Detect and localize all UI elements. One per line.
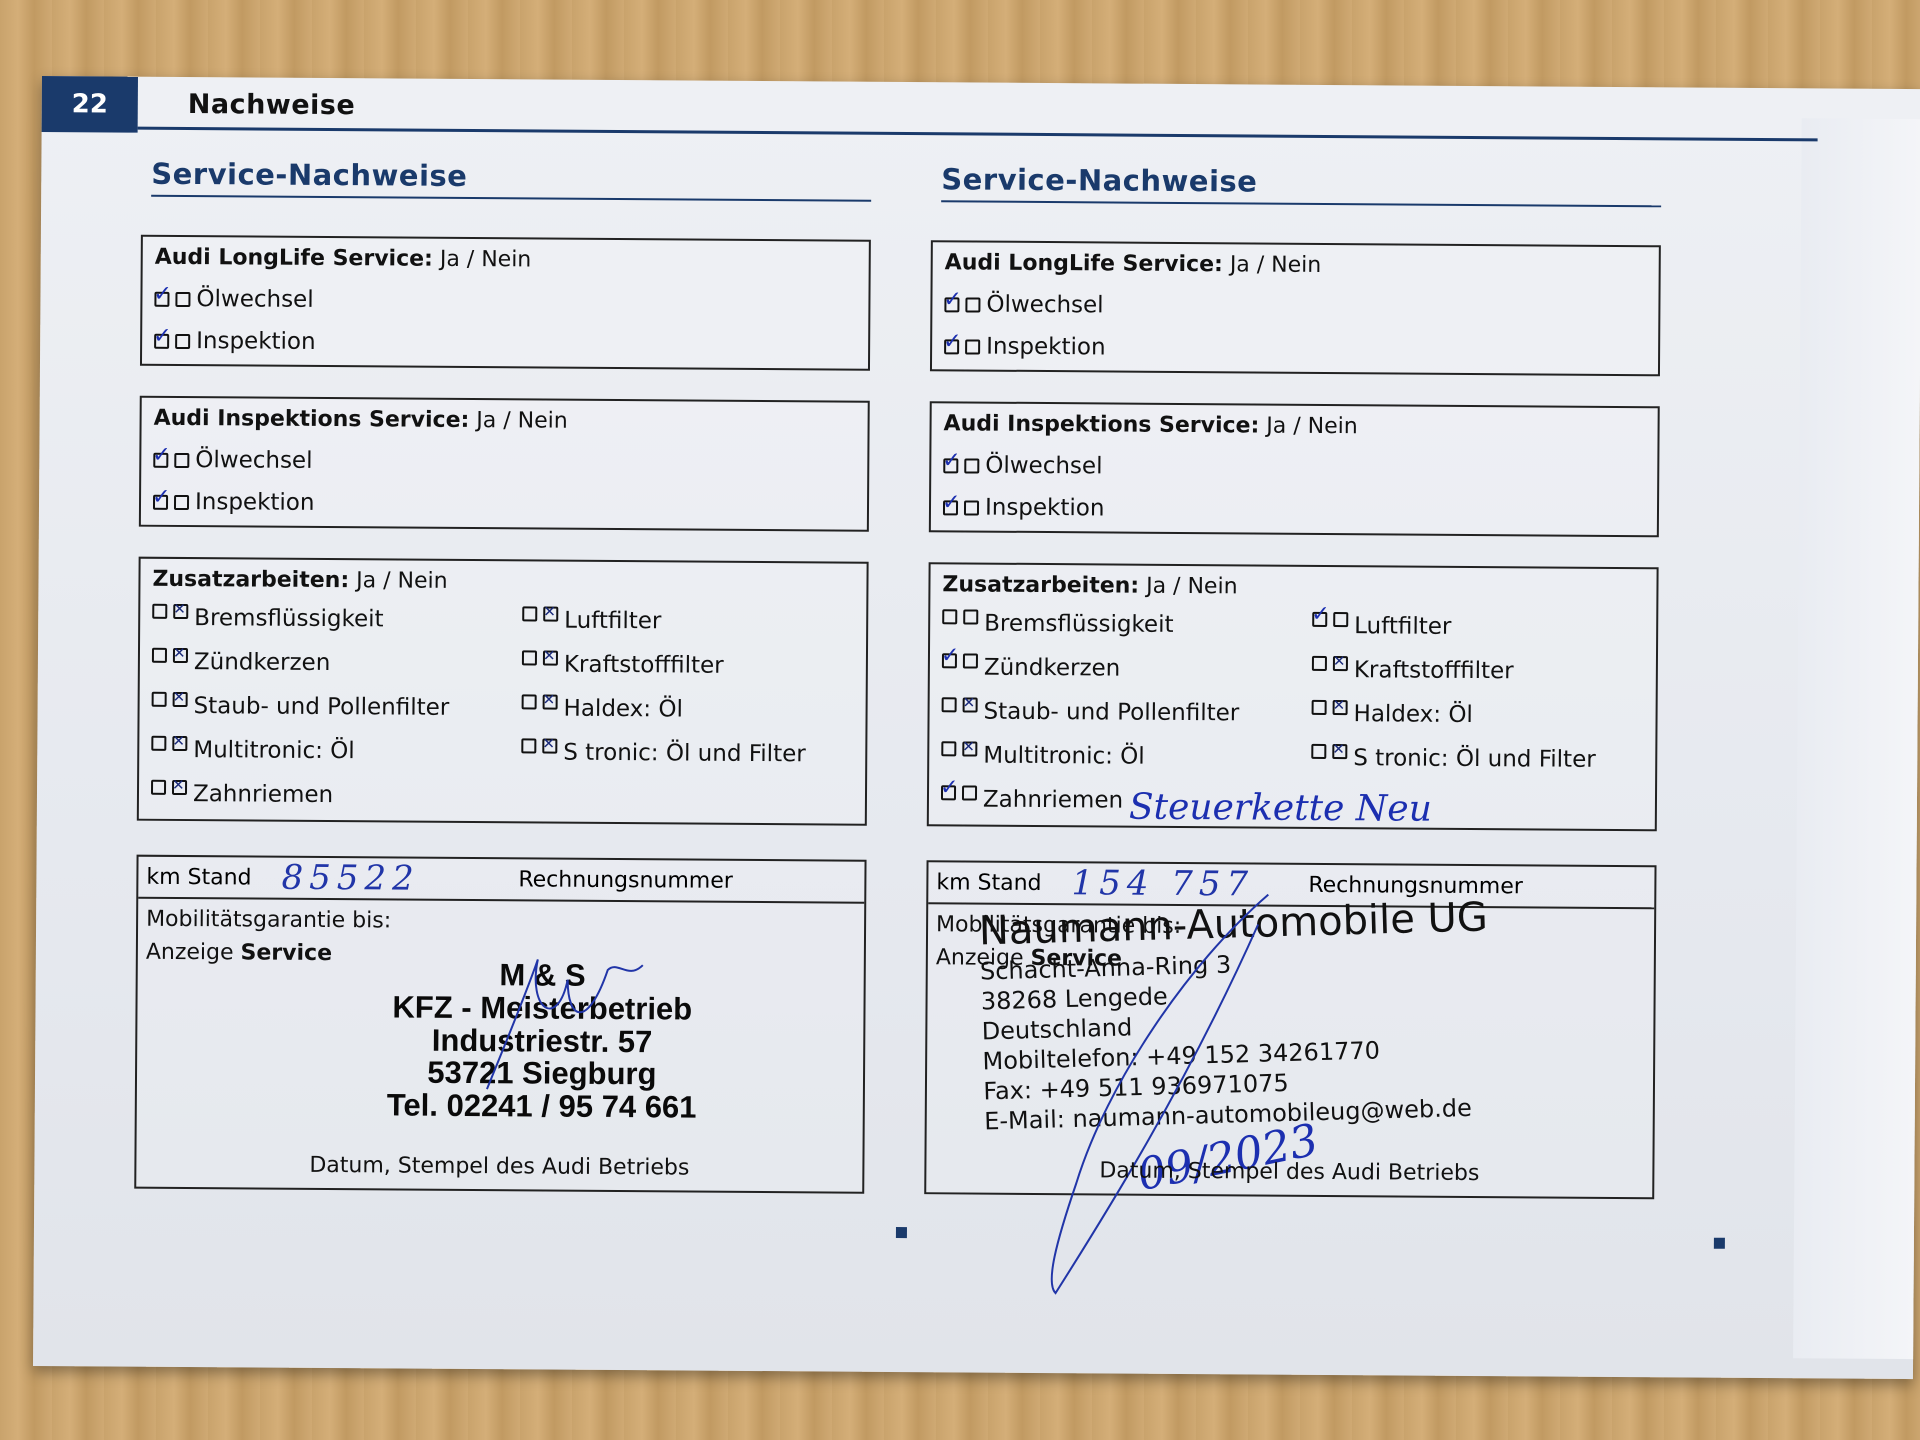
checklist-item: Ölwechsel — [943, 452, 1647, 483]
item-label: Haldex: Öl — [1353, 700, 1473, 731]
checkbox-ja[interactable] — [154, 291, 169, 306]
checkbox-nein[interactable] — [174, 452, 189, 467]
checklist-item: S tronic: Öl und Filter — [521, 738, 851, 770]
checkbox-nein[interactable] — [172, 779, 187, 794]
service-booklet-page: 22 Nachweise Service-Nachweise Audi Long… — [33, 76, 1920, 1379]
checklist-item: Staub- und Pollenfilter — [151, 692, 521, 724]
stamp-footer: Datum, Stempel des Audi Betriebs — [926, 1158, 1652, 1188]
checkbox-ja[interactable] — [152, 648, 167, 663]
section-title: Service-Nachweise — [941, 162, 1661, 207]
item-label: Zündkerzen — [194, 648, 331, 679]
service-record-right: Service-Nachweise Audi LongLife Service:… — [924, 162, 1661, 1200]
item-label: Luftfilter — [564, 607, 661, 638]
checkbox-nein[interactable] — [173, 692, 188, 707]
header-rule — [138, 127, 1818, 142]
checklist-item: Staub- und Pollenfilter — [941, 697, 1311, 729]
checkbox-nein[interactable] — [962, 785, 977, 800]
mileage-stamp-box: km Stand 154 757 Rechnungsnummer Mobilit… — [924, 861, 1656, 1200]
checkbox-nein[interactable] — [543, 607, 558, 622]
box-title: Audi LongLife Service: Ja / Nein — [945, 250, 1649, 280]
checkbox-ja[interactable] — [942, 653, 957, 668]
item-label: Inspektion — [986, 334, 1106, 361]
item-label: Ölwechsel — [196, 286, 313, 313]
checkbox-ja[interactable] — [153, 452, 168, 467]
checkbox-nein[interactable] — [1333, 612, 1348, 627]
checkbox-nein[interactable] — [963, 653, 978, 668]
item-label: Multitronic: Öl — [983, 741, 1145, 772]
checkbox-nein[interactable] — [1332, 744, 1347, 759]
box-title: Audi LongLife Service: Ja / Nein — [155, 245, 859, 275]
checkbox-ja[interactable] — [153, 494, 168, 509]
stamp-footer: Datum, Stempel des Audi Betriebs — [136, 1152, 862, 1182]
checkbox-nein[interactable] — [542, 738, 557, 753]
item-label: Ölwechsel — [195, 447, 312, 474]
item-label: Kraftstofffilter — [1354, 656, 1514, 687]
checklist-item: Multitronic: Öl — [941, 741, 1311, 773]
checkbox-ja[interactable] — [154, 333, 169, 348]
invoice-label: Rechnungsnummer — [518, 867, 733, 893]
checkbox-nein[interactable] — [963, 609, 978, 624]
item-label: Inspektion — [985, 495, 1105, 522]
checkbox-ja[interactable] — [1312, 700, 1327, 715]
inspektion-service-box: Audi Inspektions Service: Ja / Nein Ölwe… — [139, 396, 870, 532]
checklist-item: Zündkerzen — [942, 653, 1312, 685]
item-label: Staub- und Pollenfilter — [983, 697, 1239, 729]
workshop-stamp: M & S KFZ - Meisterbetrieb Industriestr.… — [387, 959, 698, 1124]
item-label: Staub- und Pollenfilter — [193, 692, 449, 724]
item-label: Bremsflüssigkeit — [984, 610, 1174, 641]
checkbox-nein[interactable] — [543, 694, 558, 709]
checkbox-nein[interactable] — [173, 648, 188, 663]
item-label: Zahnriemen — [983, 785, 1123, 816]
checklist-item: Bremsflüssigkeit — [152, 604, 522, 636]
checklist-item: Zündkerzen — [152, 648, 522, 680]
mobility-label: Mobilitätsgarantie bis: — [138, 899, 864, 937]
checkbox-ja[interactable] — [1312, 656, 1327, 671]
section-title: Service-Nachweise — [151, 157, 871, 202]
checkbox-nein[interactable] — [964, 458, 979, 473]
checkbox-nein[interactable] — [1333, 700, 1348, 715]
checkbox-ja[interactable] — [151, 735, 166, 750]
extras-grid: BremsflüssigkeitLuftfilterZündkerzenKraf… — [151, 604, 856, 814]
checkbox-nein[interactable] — [963, 697, 978, 712]
checkbox-ja[interactable] — [943, 458, 958, 473]
km-value: 85522 — [281, 858, 419, 899]
checkbox-nein[interactable] — [174, 494, 189, 509]
checkbox-ja[interactable] — [942, 697, 957, 712]
checklist-item: Ölwechsel — [153, 447, 857, 478]
checkbox-ja[interactable] — [941, 741, 956, 756]
zusatzarbeiten-box: Zusatzarbeiten: Ja / Nein Bremsflüssigke… — [137, 557, 869, 827]
checklist-item: Inspektion — [944, 333, 1648, 364]
item-label: Zahnriemen — [193, 780, 333, 811]
longlife-service-box: Audi LongLife Service: Ja / Nein Ölwechs… — [140, 235, 871, 371]
checkbox-nein[interactable] — [1333, 656, 1348, 671]
checklist-item: Kraftstofffilter — [1312, 656, 1642, 688]
checklist-item: Ölwechsel — [944, 291, 1648, 322]
checklist-item: Inspektion — [943, 494, 1647, 525]
checkbox-nein[interactable] — [175, 333, 190, 348]
item-label: Luftfilter — [1354, 612, 1451, 643]
checkbox-nein[interactable] — [965, 339, 980, 354]
page-marker — [896, 1227, 907, 1238]
zusatzarbeiten-box: Zusatzarbeiten: Ja / Nein Bremsflüssigke… — [927, 562, 1659, 832]
checkbox-nein[interactable] — [962, 741, 977, 756]
item-label: Kraftstofffilter — [564, 651, 724, 682]
item-label: S tronic: Öl und Filter — [1353, 744, 1596, 776]
checkbox-ja[interactable] — [944, 339, 959, 354]
item-label: Zündkerzen — [984, 653, 1121, 684]
box-title: Audi Inspektions Service: Ja / Nein — [944, 411, 1648, 441]
page-number-tab: 22 — [42, 76, 138, 133]
workshop-stamp: Naumann-Automobile UG Schacht-Anna-Ring … — [978, 893, 1493, 1137]
checkbox-nein[interactable] — [543, 650, 558, 665]
checklist-item: Kraftstofffilter — [522, 650, 852, 682]
checklist-item: Inspektion — [153, 489, 857, 520]
checkbox-nein[interactable] — [175, 291, 190, 306]
page-title: Nachweise — [188, 89, 356, 121]
checklist-item: Haldex: Öl — [1311, 700, 1641, 732]
checkbox-ja[interactable] — [941, 785, 956, 800]
handwritten-note: Steuerkette Neu — [1129, 787, 1432, 830]
service-record-left: Service-Nachweise Audi LongLife Service:… — [134, 157, 871, 1195]
checklist-item: Zahnriemen — [151, 779, 521, 811]
checkbox-ja[interactable] — [522, 694, 537, 709]
checklist-item: Haldex: Öl — [521, 694, 851, 726]
checkbox-ja[interactable] — [1312, 612, 1327, 627]
box-title: Zusatzarbeiten: Ja / Nein — [942, 572, 1646, 602]
box-title: Zusatzarbeiten: Ja / Nein — [152, 567, 856, 597]
item-label: Inspektion — [196, 328, 316, 355]
checkbox-nein[interactable] — [173, 604, 188, 619]
km-label: km Stand — [146, 865, 251, 891]
checkbox-ja[interactable] — [522, 606, 537, 621]
checklist-item: Luftfilter — [1312, 612, 1642, 644]
checkbox-nein[interactable] — [172, 736, 187, 751]
checklist-item: Luftfilter — [522, 606, 852, 638]
item-label: Ölwechsel — [986, 292, 1103, 319]
checkbox-ja[interactable] — [522, 650, 537, 665]
checkbox-ja[interactable] — [152, 692, 167, 707]
km-label: km Stand — [936, 870, 1041, 896]
checklist-item: Ölwechsel — [154, 286, 858, 317]
checkbox-ja[interactable] — [152, 604, 167, 619]
mileage-stamp-box: km Stand 85522 Rechnungsnummer Mobilität… — [134, 855, 866, 1194]
page-marker — [1714, 1238, 1725, 1249]
longlife-service-box: Audi LongLife Service: Ja / Nein Ölwechs… — [930, 240, 1661, 376]
checkbox-nein[interactable] — [964, 500, 979, 515]
checklist-item: S tronic: Öl und Filter — [1311, 744, 1641, 776]
checklist-item: Multitronic: Öl — [151, 735, 521, 767]
checkbox-ja[interactable] — [943, 500, 958, 515]
item-label: Bremsflüssigkeit — [194, 604, 384, 635]
checkbox-ja[interactable] — [1311, 744, 1326, 759]
checkbox-nein[interactable] — [965, 297, 980, 312]
item-label: Ölwechsel — [985, 453, 1102, 480]
box-title: Audi Inspektions Service: Ja / Nein — [154, 406, 858, 436]
item-label: Multitronic: Öl — [193, 736, 355, 767]
inspektion-service-box: Audi Inspektions Service: Ja / Nein Ölwe… — [929, 401, 1660, 537]
item-label: Inspektion — [195, 489, 315, 516]
checkbox-ja[interactable] — [151, 779, 166, 794]
next-page-edge — [1793, 118, 1920, 1359]
checklist-item: Bremsflüssigkeit — [942, 609, 1312, 641]
checkbox-ja[interactable] — [521, 738, 536, 753]
checkbox-ja[interactable] — [942, 609, 957, 624]
checkbox-ja[interactable] — [944, 297, 959, 312]
mileage-row: km Stand 85522 Rechnungsnummer — [138, 857, 864, 904]
checklist-item: Inspektion — [154, 328, 858, 359]
item-label: Haldex: Öl — [563, 694, 683, 725]
item-label: S tronic: Öl und Filter — [563, 738, 806, 770]
